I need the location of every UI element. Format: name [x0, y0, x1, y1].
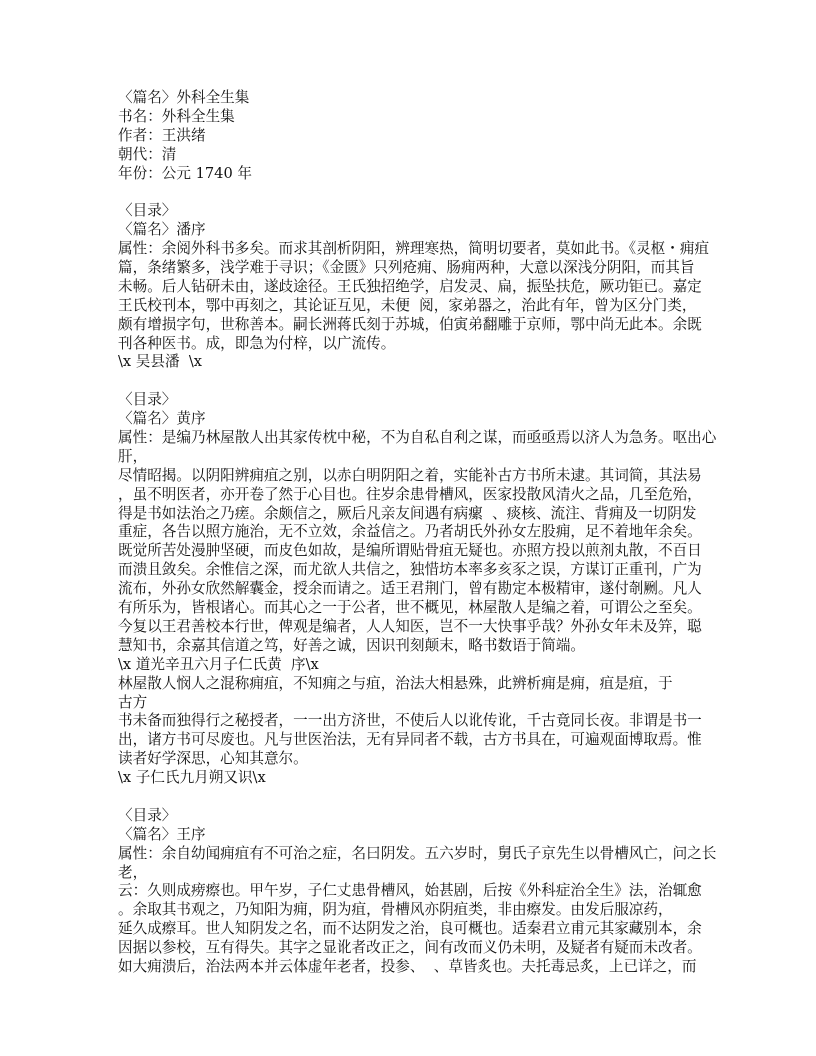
text-line: 林屋散人悯人之混称痈疽，不知痈之与疽，治法大相悬殊，此辨析痈是痈，疽是疽，于: [118, 675, 718, 694]
text-line: 如大痈溃后，治法两本并云体虚年老者，投参、 、草皆炙也。夫托毒忌炙，上已详之，而: [118, 958, 718, 977]
text-line: 重症，各告以照方施治，无不立效，余益信之。乃者胡氏外孙女左股痈，足不着地年余矣。: [118, 523, 718, 542]
section-title: 〈篇名〉潘序: [118, 221, 718, 240]
text-line: 延久成瘵耳。世人知阴发之名，而不达阴发之治，良可概也。适秦君立甫元其家藏别本，余: [118, 920, 718, 939]
blank-line: [118, 788, 718, 807]
section: 〈目录〉〈篇名〉黄序属性：是编乃林屋散人出其家传枕中秘，不为自私自利之谋，而亟亟…: [118, 372, 718, 788]
text-line: \x 道光辛丑六月子仁氏黄 序\x: [118, 656, 718, 675]
text-line: 今复以王君善校本行世，俾观是编者，人人知医，岂不一大快事乎哉？外孙女年未及笄，聪: [118, 618, 718, 637]
year: 年份：公元 1740 年: [118, 165, 718, 184]
text-line: 慧知书，余嘉其信道之笃，好善之诚，因识刊刻颠末，略书数语于简端。: [118, 637, 718, 656]
text-line: 有所乐为，皆根诸心。而其心之一于公者，世不概见，林屋散人是编之着，可谓公之至矣。: [118, 599, 718, 618]
dynasty: 朝代：清: [118, 146, 718, 165]
toc-tag: 〈目录〉: [118, 391, 718, 410]
text-line: 得是书如法治之乃瘥。余颇信之，厥后凡亲友间遇有病瘰 、痰核、流注、背痈及一切阴发: [118, 505, 718, 524]
book-name: 书名：外科全生集: [118, 108, 718, 127]
text-line: 既觉所苦处漫肿坚硬，而皮色如故，是编所谓贴骨疽无疑也。亦照方投以煎剂丸散，不百日: [118, 542, 718, 561]
blank-line: [118, 372, 718, 391]
section-title: 〈篇名〉王序: [118, 826, 718, 845]
text-line: 未畅。后人钻研未由，遂歧途径。王氏独招绝学，启发灵、扁，振坠扶危，厥功钜已。嘉定: [118, 278, 718, 297]
text-line: 刊各种医书。成，即急为付梓，以广流传。: [118, 335, 718, 354]
text-line: 读者好学深思，心知其意尔。: [118, 750, 718, 769]
text-line: 颇有增损字句，世称善本。嗣长洲蒋氏刻于苏城，伯寅弟翻雕于京师，鄂中尚无此本。余既: [118, 316, 718, 335]
document-page: 〈篇名〉外科全生集 书名：外科全生集 作者：王洪绪 朝代：清 年份：公元 174…: [118, 89, 718, 977]
text-line: ，虽不明医者，亦开卷了然于心目也。往岁余患骨槽风，医家投散风清火之品，几至危殆，: [118, 486, 718, 505]
text-line: 老，: [118, 864, 718, 883]
text-line: 属性：是编乃林屋散人出其家传枕中秘，不为自私自利之谋，而亟亟焉以济人为急务。呕出…: [118, 429, 718, 448]
text-line: 古方: [118, 694, 718, 713]
text-line: 流布，外孙女欣然解囊金，授余而请之。适王君荆门，曾有勘定本极精审，遂付剞劂。凡人: [118, 580, 718, 599]
toc-tag: 〈目录〉: [118, 202, 718, 221]
text-line: 出，诸方书可尽废也。凡与世医治法，无有异同者不载，古方书具在，可遍观面博取焉。惟: [118, 731, 718, 750]
section-tag: 〈篇名〉外科全生集: [118, 89, 718, 108]
text-line: 。余取其书观之，乃知阳为痈，阴为疽，骨槽风亦阴疽类，非由瘵发。由发后服凉药，: [118, 901, 718, 920]
section-title: 〈篇名〉黄序: [118, 410, 718, 429]
text-line: 而溃且敛矣。余惟信之深，而尤欲人共信之，独惜坊本率多亥豕之误，方谋订正重刊，广为: [118, 561, 718, 580]
text-line: \x 吴县潘 \x: [118, 353, 718, 372]
text-line: 因据以参校，互有得失。其字之显讹者改正之，间有改而义仍未明，及疑者有疑而未改者。: [118, 939, 718, 958]
text-line: 属性：余自幼闻痈疽有不可治之症，名曰阴发。五六岁时，舅氏子京先生以骨槽风亡，问之…: [118, 845, 718, 864]
section: 〈目录〉〈篇名〉王序属性：余自幼闻痈疽有不可治之症，名曰阴发。五六岁时，舅氏子京…: [118, 788, 718, 977]
text-line: 肝，: [118, 448, 718, 467]
text-line: \x 子仁氏九月朔又识\x: [118, 769, 718, 788]
text-line: 属性：余阅外科书多矣。而求其剖析阴阳，辨理寒热，简明切要者，莫如此书。《灵枢・痈…: [118, 240, 718, 259]
text-line: 篇，条绪繁多，浅学难于寻识；《金匮》只列疮痈、肠痈两种，大意以深浅分阴阳，而其旨: [118, 259, 718, 278]
text-line: 云：久则成痨瘵也。甲午岁，子仁丈患骨槽风，始甚剧，后按《外科症治全生》法，治辄愈: [118, 882, 718, 901]
section: 〈目录〉〈篇名〉潘序属性：余阅外科书多矣。而求其剖析阴阳，辨理寒热，简明切要者，…: [118, 183, 718, 372]
text-line: 书未备而独得行之秘授者，一一出方济世，不使后人以讹传讹，千古竟同长夜。非谓是书一: [118, 712, 718, 731]
toc-tag: 〈目录〉: [118, 807, 718, 826]
author: 作者：王洪绪: [118, 127, 718, 146]
text-line: 尽情昭揭。以阴阳辨痈疽之别，以赤白明阴阳之着，实能补古方书所未逮。其词简，其法易: [118, 467, 718, 486]
document-sections: 〈目录〉〈篇名〉潘序属性：余阅外科书多矣。而求其剖析阴阳，辨理寒热，简明切要者，…: [118, 183, 718, 976]
blank-line: [118, 183, 718, 202]
document-header: 〈篇名〉外科全生集 书名：外科全生集 作者：王洪绪 朝代：清 年份：公元 174…: [118, 89, 718, 183]
text-line: 王氏校刊本，鄂中再刻之，其论证互见，未便 阅，家弟器之，治此有年，曾为区分门类，: [118, 297, 718, 316]
